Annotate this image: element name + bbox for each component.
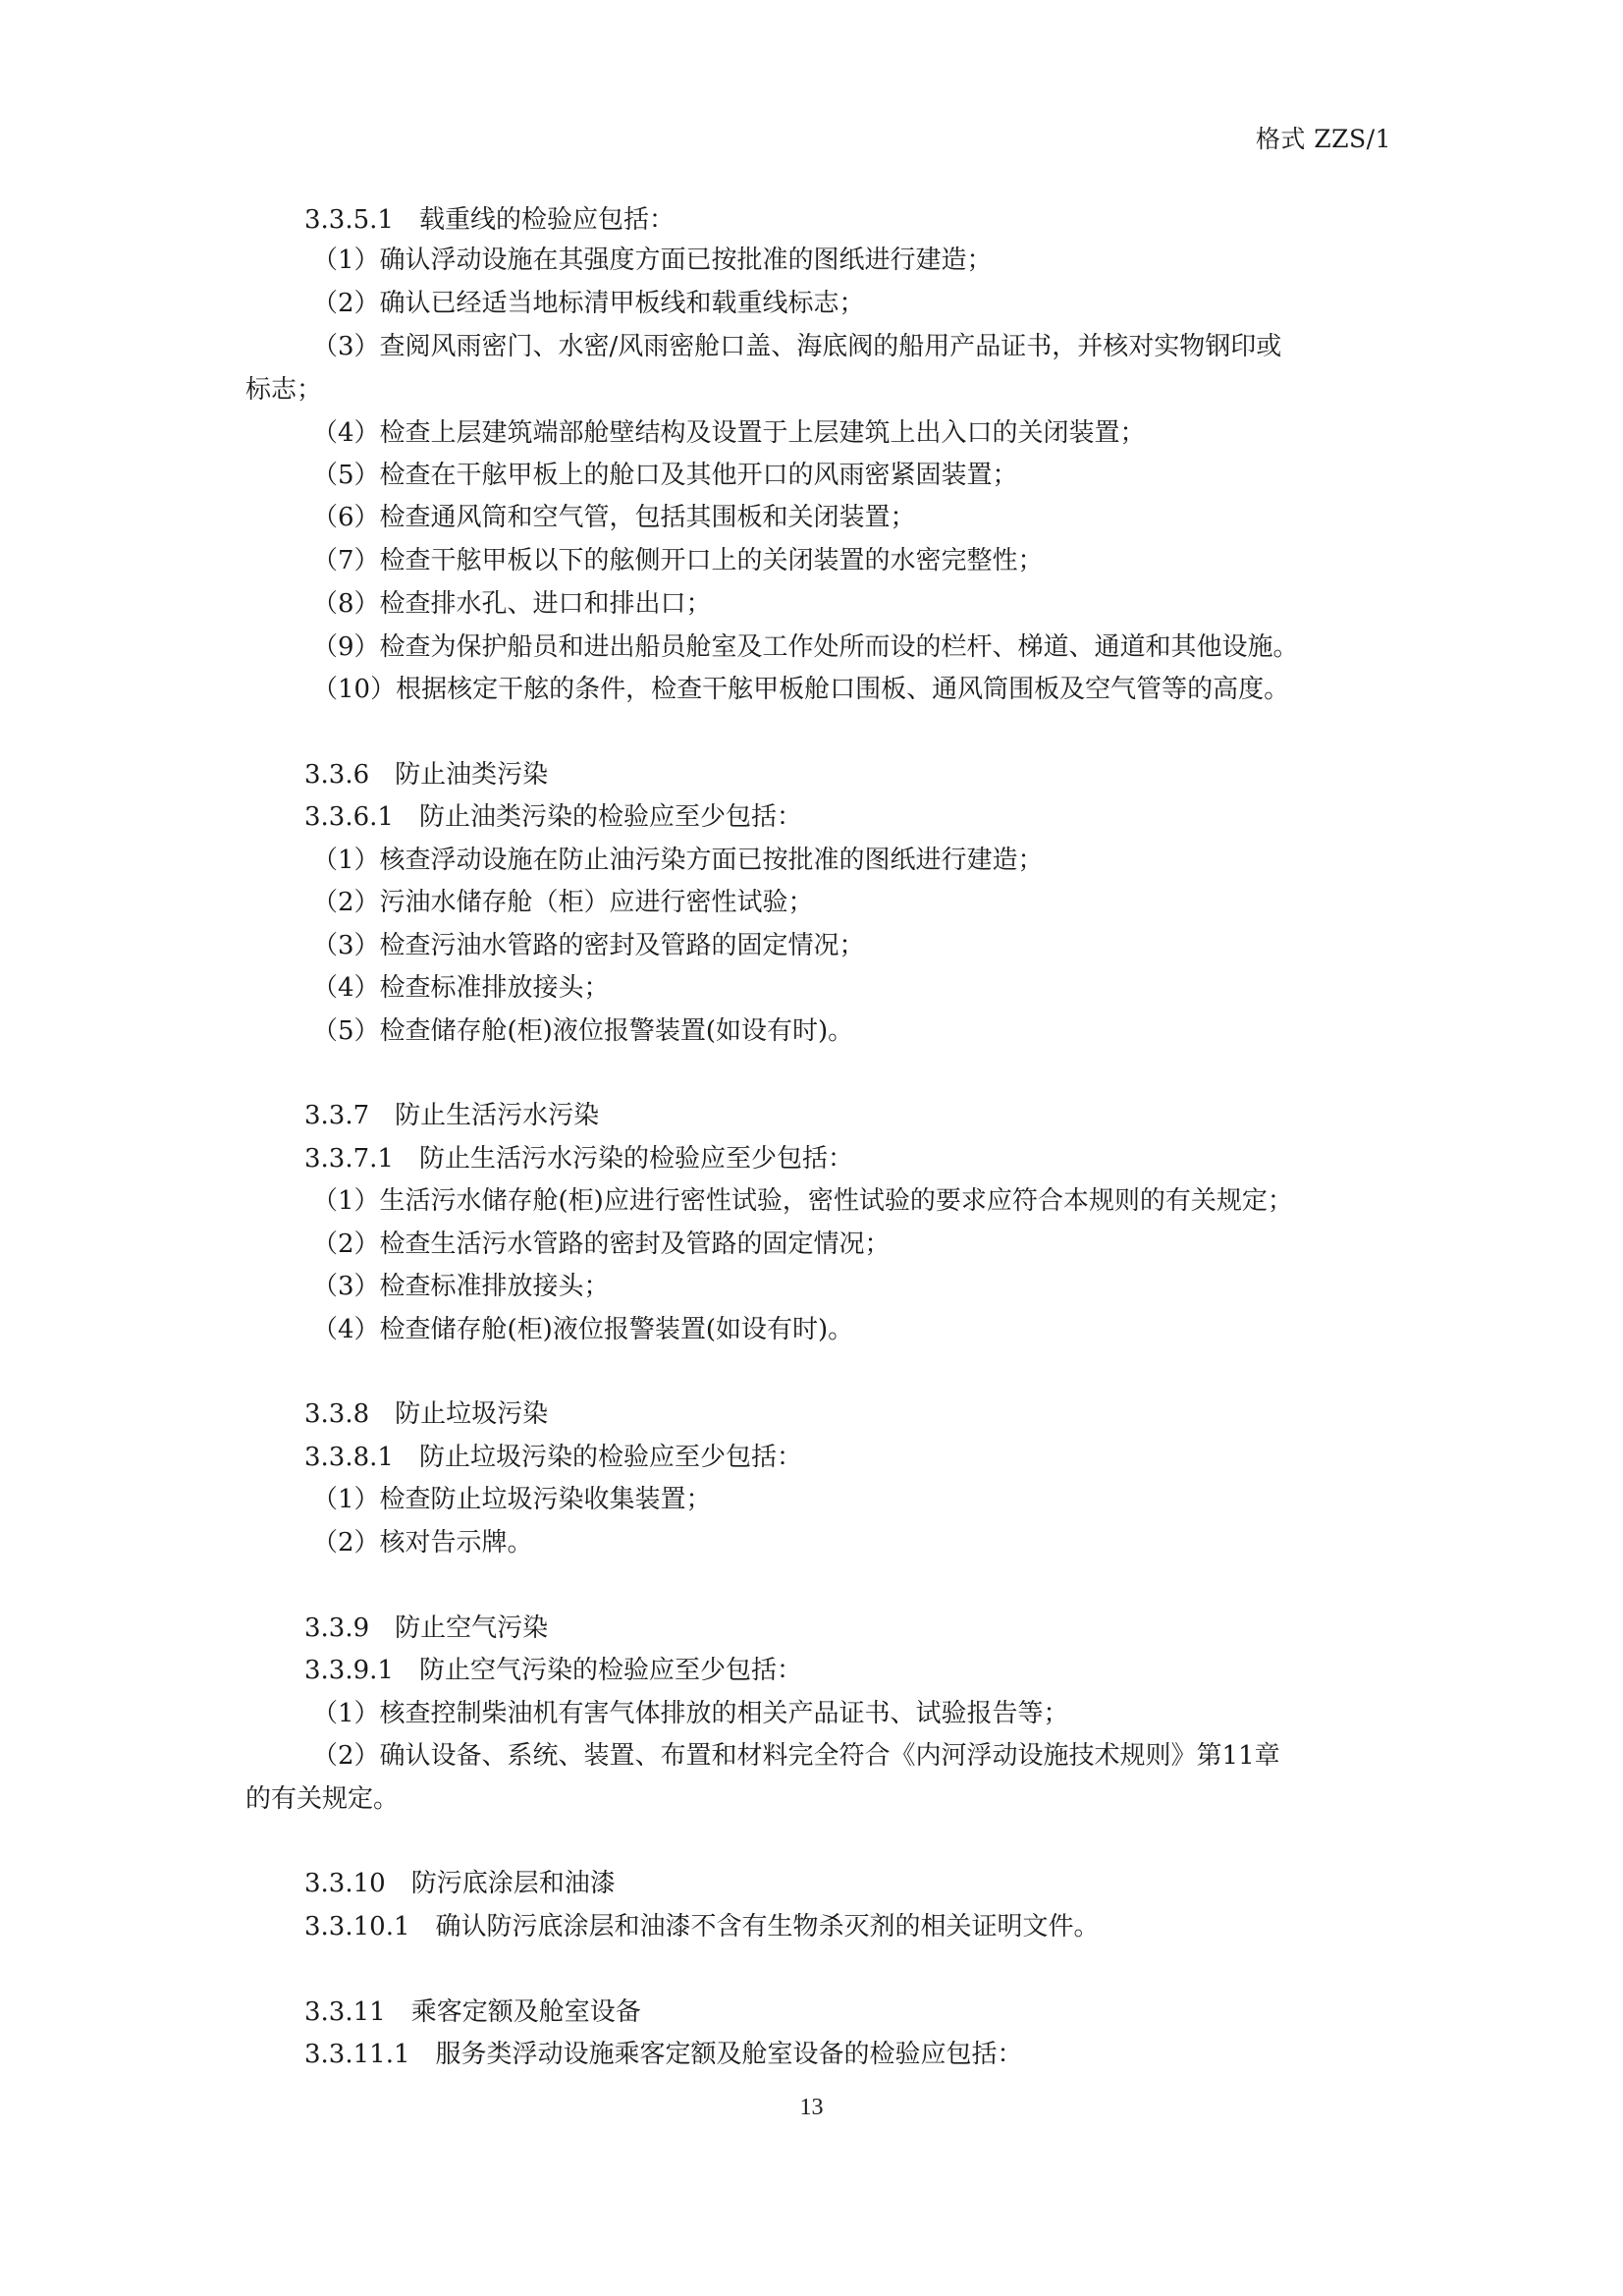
clause-text: 防止油类污染 bbox=[395, 760, 548, 790]
section-heading: 3.3.9防止空气污染 bbox=[304, 1610, 548, 1648]
continuation-line: 的有关规定。 bbox=[245, 1780, 399, 1819]
list-item: （4）检查上层建筑端部舱壁结构及设置于上层建筑上出入口的关闭装置； bbox=[312, 414, 1146, 453]
clause-text: 乘客定额及舱室设备 bbox=[411, 1997, 641, 2027]
clause-number: 3.3.10.1 bbox=[304, 1908, 410, 1946]
clause-number: 3.3.9 bbox=[304, 1610, 369, 1648]
section-heading: 3.3.11乘客定额及舱室设备 bbox=[304, 1994, 641, 2032]
clause-number: 3.3.7.1 bbox=[304, 1140, 394, 1178]
clause-text: 确认防污底涂层和油漆不含有生物杀灭剂的相关证明文件。 bbox=[436, 1912, 1100, 1941]
clause-text: 载重线的检验应包括： bbox=[419, 205, 675, 235]
list-item: （1）核查控制柴油机有害气体排放的相关产品证书、试验报告等； bbox=[312, 1695, 1069, 1733]
list-item: （10）根据核定干舷的条件，检查干舷甲板舱口围板、通风筒围板及空气管等的高度。 bbox=[312, 671, 1289, 709]
clause-text: 服务类浮动设施乘客定额及舱室设备的检验应包括： bbox=[436, 2040, 1023, 2069]
list-item: （9）检查为保护船员和进出船员舱室及工作处所而设的栏杆、梯道、通道和其他设施。 bbox=[312, 629, 1299, 667]
clause-text: 防止空气污染的检验应至少包括： bbox=[419, 1656, 802, 1685]
list-item: （5）检查在干舷甲板上的舱口及其他开口的风雨密紧固装置； bbox=[312, 457, 1018, 495]
clause-number: 3.3.6.1 bbox=[304, 798, 394, 837]
list-item: （6）检查通风筒和空气管，包括其围板和关闭装置； bbox=[312, 499, 916, 537]
section-heading: 3.3.6防止油类污染 bbox=[304, 756, 548, 794]
list-item: （3）检查污油水管路的密封及管路的固定情况； bbox=[312, 927, 865, 965]
clause-text: 防止生活污水污染 bbox=[395, 1101, 599, 1130]
clause-heading: 3.3.8.1防止垃圾污染的检验应至少包括： bbox=[304, 1439, 802, 1477]
clause-number: 3.3.10 bbox=[304, 1865, 386, 1903]
clause-number: 3.3.8 bbox=[304, 1395, 369, 1434]
clause-number: 3.3.5.1 bbox=[304, 201, 394, 240]
clause-text: 防止生活污水污染的检验应至少包括： bbox=[419, 1144, 853, 1174]
clause-heading: 3.3.9.1防止空气污染的检验应至少包括： bbox=[304, 1652, 802, 1690]
section-heading: 3.3.7防止生活污水污染 bbox=[304, 1097, 599, 1135]
document-page: 格式 ZZS/1 3.3.5.1载重线的检验应包括：（1）确认浮动设施在其强度方… bbox=[0, 0, 1623, 2296]
list-item: （2）污油水储存舱（柜）应进行密性试验； bbox=[312, 884, 814, 922]
list-item: （8）检查排水孔、进口和排出口； bbox=[312, 585, 712, 624]
clause-text: 防止垃圾污染 bbox=[395, 1399, 548, 1429]
clause-text: 防止空气污染 bbox=[395, 1613, 548, 1643]
list-item: （1）生活污水储存舱(柜)应进行密性试验，密性试验的要求应符合本规则的有关规定； bbox=[312, 1182, 1293, 1221]
clause-text: 防止垃圾污染的检验应至少包括： bbox=[419, 1443, 802, 1472]
clause-heading: 3.3.10.1确认防污底涂层和油漆不含有生物杀灭剂的相关证明文件。 bbox=[304, 1908, 1100, 1946]
list-item: （7）检查干舷甲板以下的舷侧开口上的关闭装置的水密完整性； bbox=[312, 542, 1044, 580]
list-item: （3）查阅风雨密门、水密/风雨密舱口盖、海底阀的船用产品证书，并核对实物钢印或 bbox=[312, 328, 1281, 366]
list-item: （4）检查储存舱(柜)液位报警装置(如设有时)。 bbox=[312, 1311, 853, 1349]
clause-heading: 3.3.11.1服务类浮动设施乘客定额及舱室设备的检验应包括： bbox=[304, 2036, 1023, 2074]
clause-number: 3.3.6 bbox=[304, 756, 369, 794]
clause-heading: 3.3.7.1防止生活污水污染的检验应至少包括： bbox=[304, 1140, 853, 1178]
list-item: （4）检查标准排放接头； bbox=[312, 969, 610, 1008]
list-item: （1）检查防止垃圾污染收集装置； bbox=[312, 1481, 712, 1519]
list-item: （2）确认已经适当地标清甲板线和载重线标志； bbox=[312, 285, 865, 323]
format-code-label: 格式 ZZS/1 bbox=[1256, 120, 1391, 155]
section-heading: 3.3.8防止垃圾污染 bbox=[304, 1395, 548, 1434]
clause-number: 3.3.8.1 bbox=[304, 1439, 394, 1477]
clause-number: 3.3.11.1 bbox=[304, 2036, 410, 2074]
page-number: 13 bbox=[0, 2095, 1623, 2121]
clause-heading: 3.3.6.1防止油类污染的检验应至少包括： bbox=[304, 798, 802, 837]
clause-heading: 3.3.5.1载重线的检验应包括： bbox=[304, 201, 675, 240]
section-heading: 3.3.10防污底涂层和油漆 bbox=[304, 1865, 616, 1903]
clause-number: 3.3.9.1 bbox=[304, 1652, 394, 1690]
list-item: （2）确认设备、系统、装置、布置和材料完全符合《内河浮动设施技术规则》第11章 bbox=[312, 1737, 1280, 1776]
clause-text: 防污底涂层和油漆 bbox=[411, 1869, 616, 1898]
clause-number: 3.3.11 bbox=[304, 1994, 386, 2032]
list-item: （2）检查生活污水管路的密封及管路的固定情况； bbox=[312, 1226, 891, 1264]
list-item: （1）确认浮动设施在其强度方面已按批准的图纸进行建造； bbox=[312, 242, 993, 280]
list-item: （5）检查储存舱(柜)液位报警装置(如设有时)。 bbox=[312, 1012, 853, 1051]
continuation-line: 标志； bbox=[245, 371, 322, 410]
list-item: （2）核对告示牌。 bbox=[312, 1524, 533, 1562]
list-item: （3）检查标准排放接头； bbox=[312, 1268, 610, 1306]
clause-number: 3.3.7 bbox=[304, 1097, 369, 1135]
list-item: （1）核查浮动设施在防止油污染方面已按批准的图纸进行建造； bbox=[312, 842, 1044, 880]
clause-text: 防止油类污染的检验应至少包括： bbox=[419, 802, 802, 832]
